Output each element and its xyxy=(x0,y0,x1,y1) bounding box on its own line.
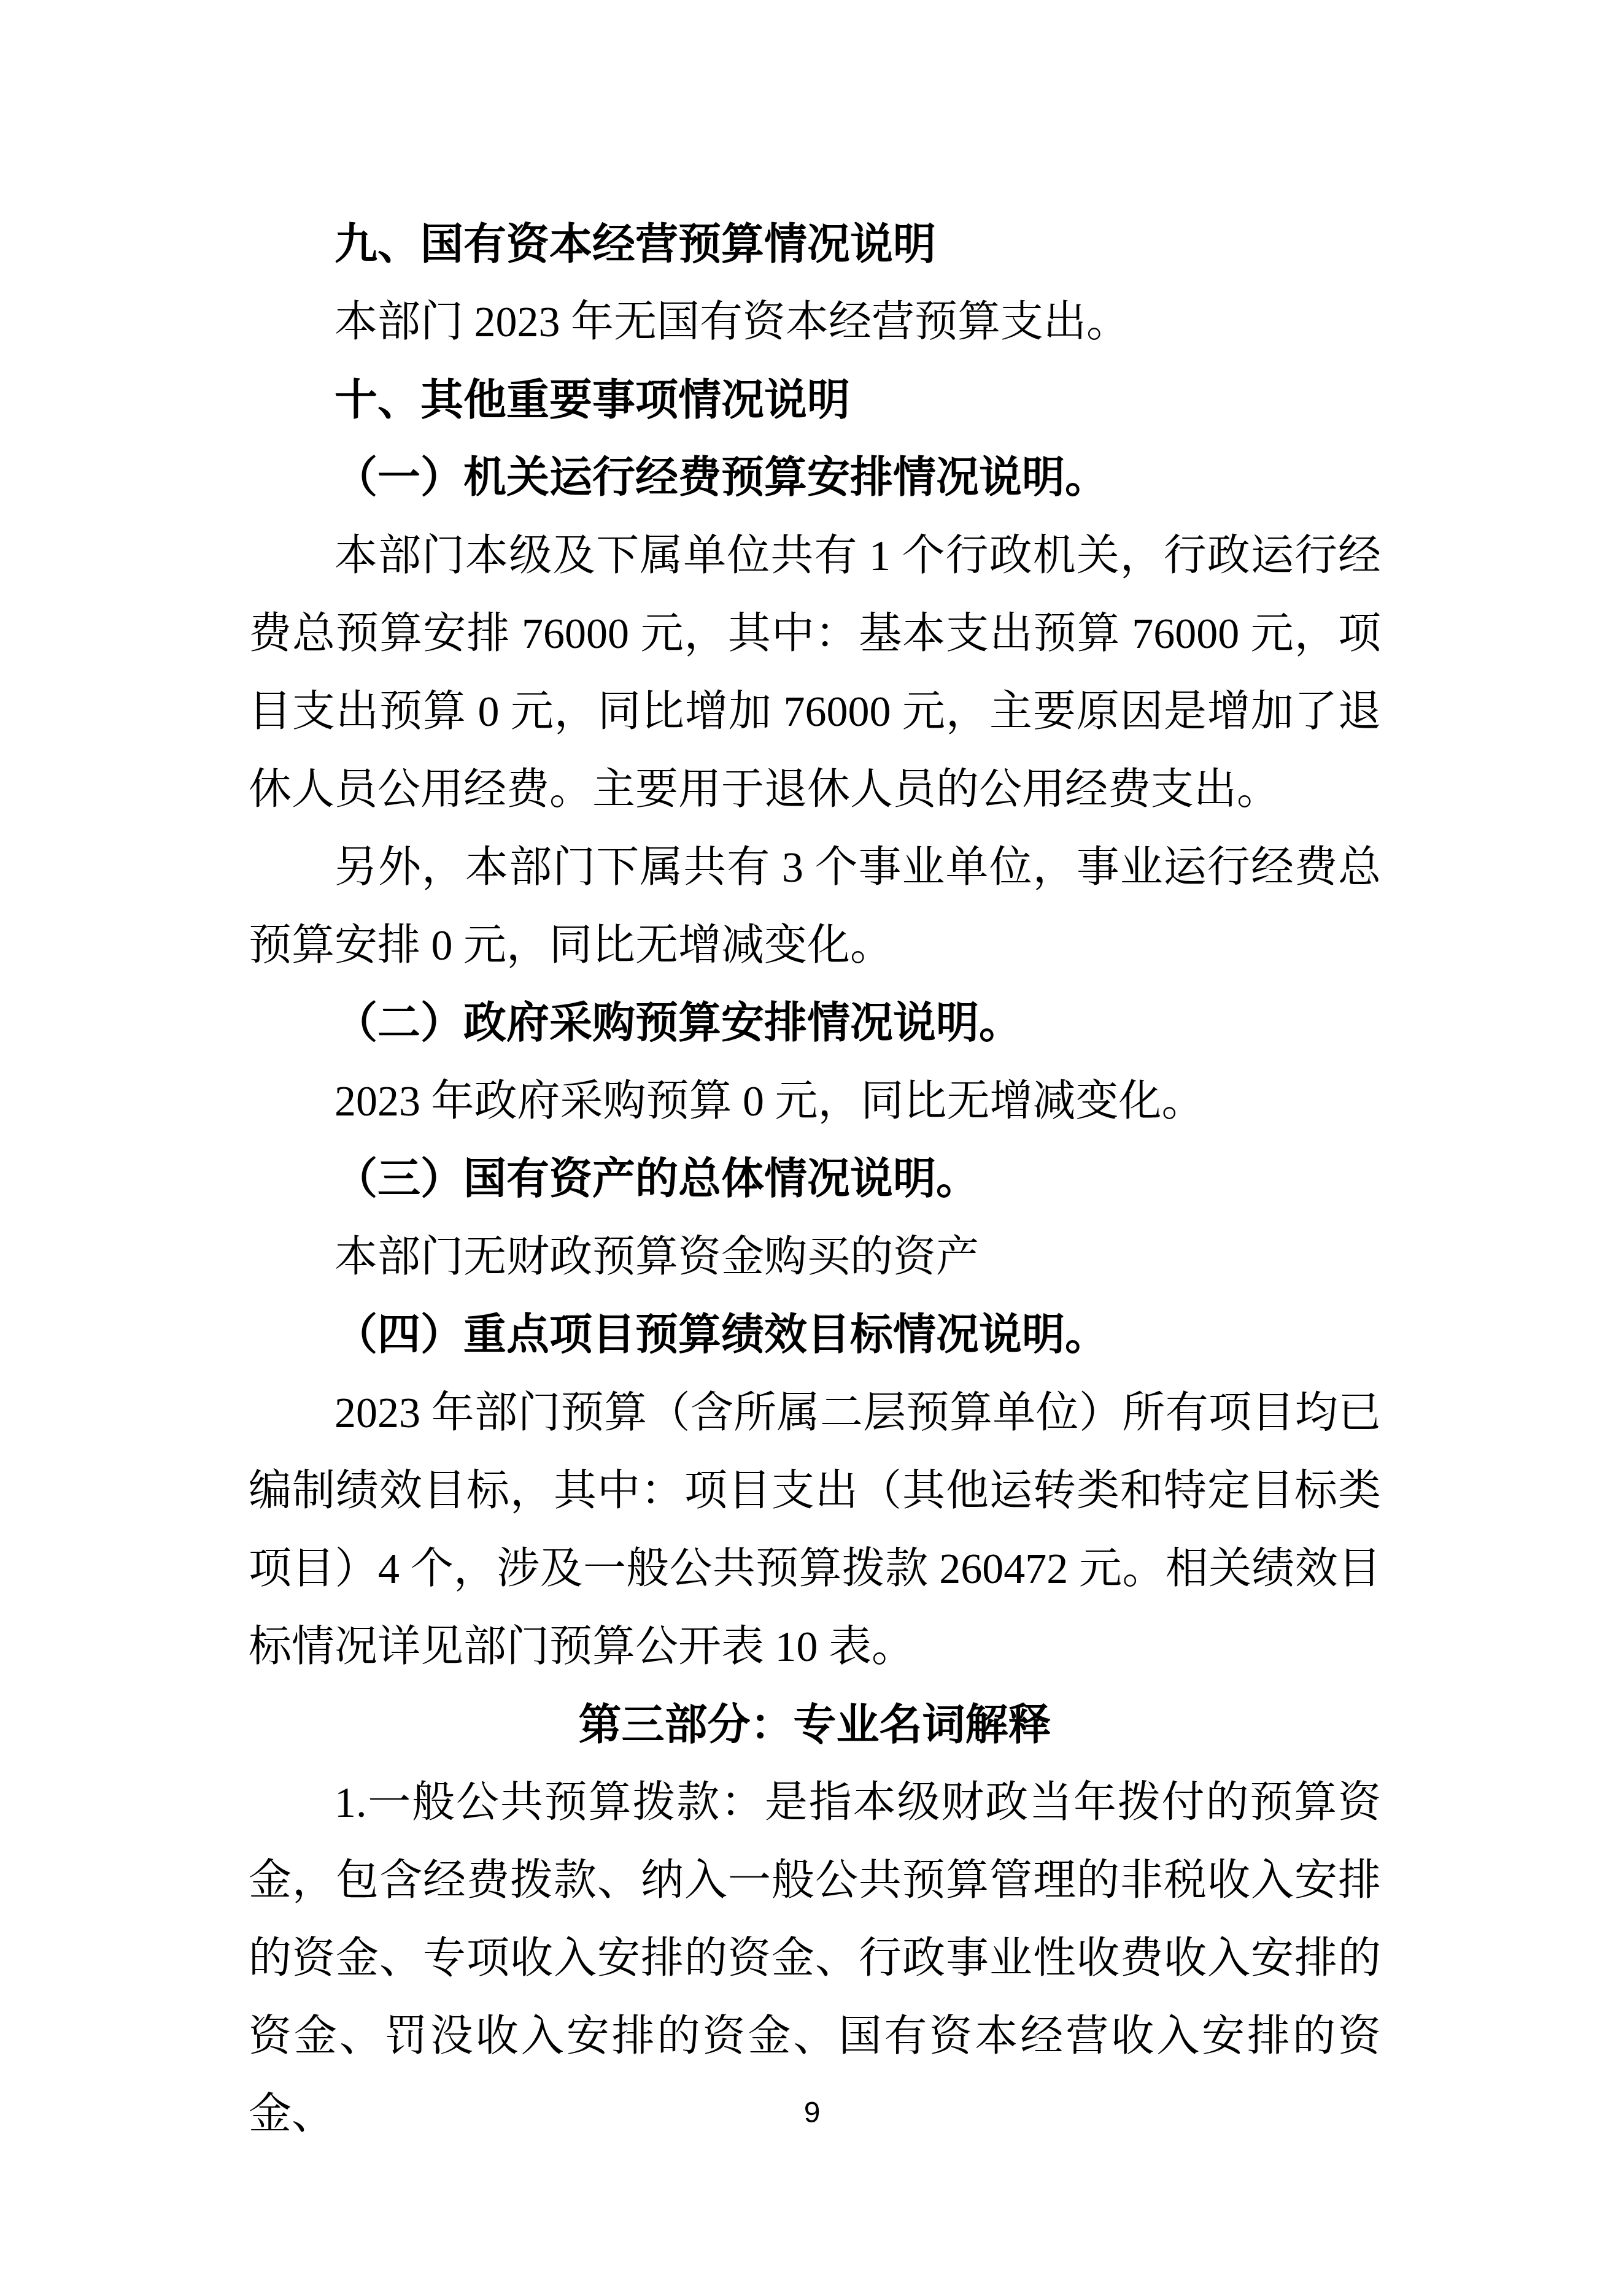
paragraph-no-state-capital-budget: 本部门 2023 年无国有资本经营预算支出。 xyxy=(249,283,1381,361)
paragraph-agency-operating-funds: 本部门本级及下属单位共有 1 个行政机关，行政运行经费总预算安排 76000 元… xyxy=(249,517,1381,829)
subheading-1-agency-operating-funds: （一）机关运行经费预算安排情况说明。 xyxy=(249,439,1381,517)
section-heading-ten: 十、其他重要事项情况说明 xyxy=(249,361,1381,439)
section-heading-nine: 九、国有资本经营预算情况说明 xyxy=(249,206,1381,283)
part-three-heading: 第三部分：专业名词解释 xyxy=(249,1686,1381,1764)
page-number: 9 xyxy=(0,2098,1624,2128)
subheading-4-performance-targets: （四）重点项目预算绩效目标情况说明。 xyxy=(249,1296,1381,1374)
paragraph-performance-targets: 2023 年部门预算（含所属二层预算单位）所有项目均已编制绩效目标，其中：项目支… xyxy=(249,1374,1381,1686)
paragraph-government-procurement: 2023 年政府采购预算 0 元，同比无增减变化。 xyxy=(249,1063,1381,1141)
document-page: 九、国有资本经营预算情况说明 本部门 2023 年无国有资本经营预算支出。 十、… xyxy=(0,0,1624,2296)
paragraph-public-institutions-funds: 另外，本部门下属共有 3 个事业单位，事业运行经费总预算安排 0 元，同比无增减… xyxy=(249,829,1381,985)
paragraph-state-assets: 本部门无财政预算资金购买的资产 xyxy=(249,1219,1381,1296)
subheading-3-state-assets: （三）国有资产的总体情况说明。 xyxy=(249,1141,1381,1219)
paragraph-term-definition-1: 1.一般公共预算拨款：是指本级财政当年拨付的预算资金，包含经费拨款、纳入一般公共… xyxy=(249,1764,1381,2154)
document-content: 九、国有资本经营预算情况说明 本部门 2023 年无国有资本经营预算支出。 十、… xyxy=(249,206,1381,2154)
subheading-2-government-procurement: （二）政府采购预算安排情况说明。 xyxy=(249,985,1381,1063)
